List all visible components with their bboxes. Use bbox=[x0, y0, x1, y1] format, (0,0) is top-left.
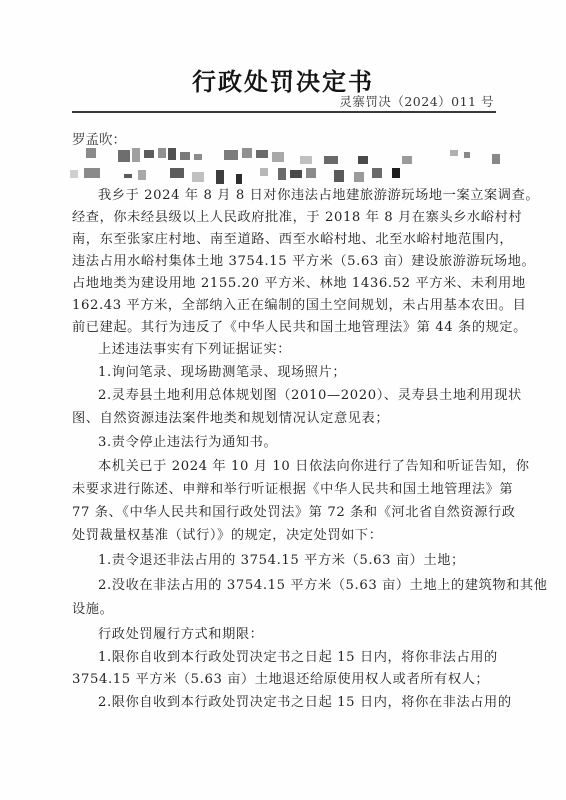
header-rule-divider bbox=[72, 111, 496, 113]
evidence-item: 1.询问笔录、现场勘测笔录、现场照片； bbox=[72, 364, 496, 382]
redacted-personal-info bbox=[72, 146, 512, 184]
paragraph-line: 未要求进行陈述、申辩和举行听证根据《中华人民共和国土地管理法》第 bbox=[72, 481, 496, 499]
deadline-item: 2.限你自收到本行政处罚决定书之日起 15 日内，将你在非法占用的 bbox=[72, 694, 496, 712]
penalty-item: 2.没收在非法占用的 3754.15 平方米（5.63 亩）土地上的建筑物和其他 bbox=[72, 577, 496, 595]
paragraph-line: 我乡于 2024 年 8 月 8 日对你违法占地建旅游游玩场地一案立案调查。 bbox=[72, 187, 496, 205]
paragraph-line: 本机关已于 2024 年 10 月 10 日依法向你进行了告知和听证告知，你 bbox=[72, 458, 496, 476]
evidence-item: 3.责令停止违法行为通知书。 bbox=[72, 434, 496, 452]
paragraph-line: 占地地类为建设用地 2155.20 平方米、林地 1436.52 平方米、未利用… bbox=[72, 275, 496, 293]
paragraph-line: 上述违法事实有下列证据证实： bbox=[72, 341, 496, 359]
paragraph-line: 处罚裁量权基准（试行）》的规定，决定处罚如下： bbox=[72, 527, 496, 545]
section-heading: 行政处罚履行方式和期限： bbox=[72, 626, 496, 644]
paragraph-line: 77 条、《中华人民共和国行政处罚法》第 72 条和《河北省自然资源行政 bbox=[72, 504, 496, 522]
addressee: 罗孟吹： bbox=[72, 128, 126, 148]
paragraph-line: 经查，你未经县级以上人民政府批准，于 2018 年 8 月在寨头乡水峪村村 bbox=[72, 209, 496, 227]
paragraph-line: 南，东至张家庄村地、南至道路、西至水峪村地、北至水峪村地范围内， bbox=[72, 231, 496, 249]
paragraph-line: 违法占用水峪村集体土地 3754.15 平方米（5.63 亩）建设旅游游玩场地。 bbox=[72, 253, 496, 271]
paragraph-line: 162.43 平方米，全部纳入正在编制的国土空间规划，未占用基本农田。目 bbox=[72, 297, 496, 315]
penalty-item: 1.责令退还非法占用的 3754.15 平方米（5.63 亩）土地； bbox=[72, 552, 496, 570]
evidence-item: 2.灵寿县土地利用总体规划图（2010—2020）、灵寿县土地利用现状 bbox=[72, 387, 496, 405]
document-page: 行政处罚决定书 灵寨罚决（2024）011 号 罗孟吹： bbox=[0, 0, 566, 800]
paragraph-line: 前已建起。其行为违反了《中华人民共和国土地管理法》第 44 条的规定。 bbox=[72, 319, 496, 337]
penalty-item: 设施。 bbox=[72, 601, 496, 619]
deadline-item: 1.限你自收到本行政处罚决定书之日起 15 日内，将你非法占用的 bbox=[72, 649, 496, 667]
deadline-item: 3754.15 平方米（5.63 亩）土地退还给原使用权人或者所有权人； bbox=[72, 671, 496, 689]
document-number: 灵寨罚决（2024）011 号 bbox=[339, 92, 494, 110]
evidence-item: 图、自然资源违法案件地类和规划情况认定意见表； bbox=[72, 410, 496, 428]
